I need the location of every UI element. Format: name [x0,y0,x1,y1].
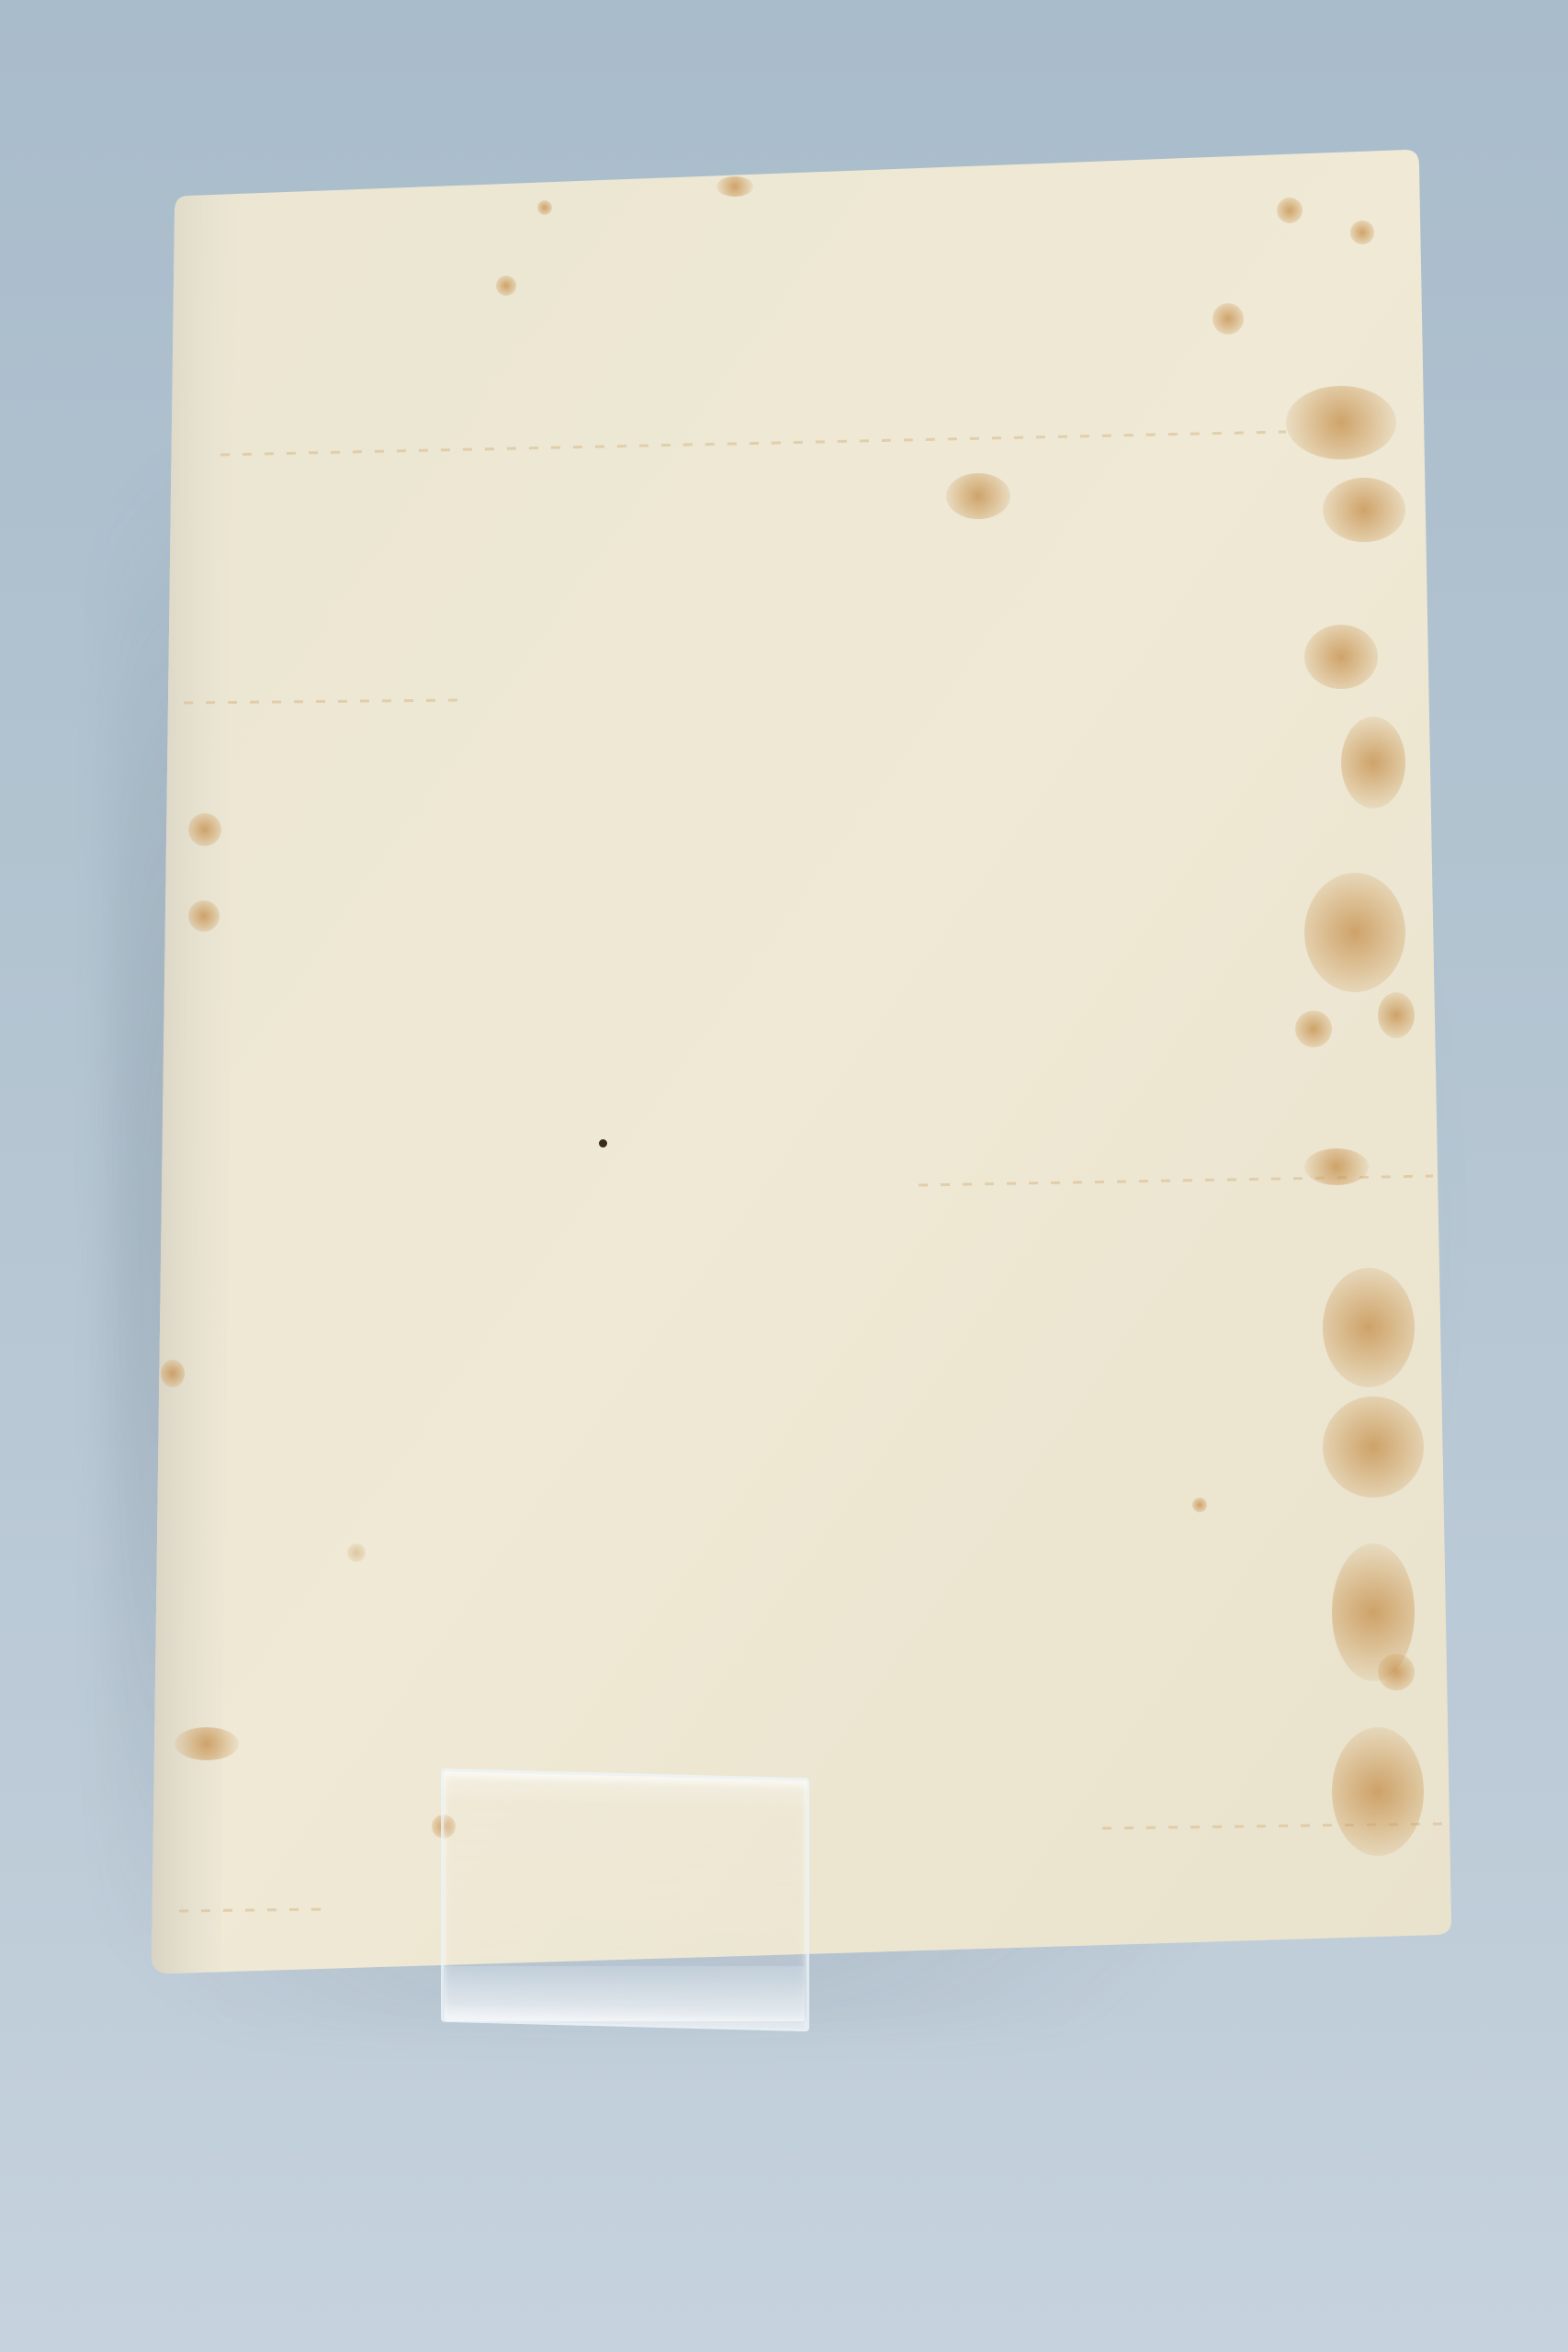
foxing-spot [1192,1498,1207,1512]
foxing-cluster [175,1727,239,1760]
foxing-cluster [1341,717,1405,808]
foxing-cluster [1332,1727,1424,1856]
foxing-spot [1277,198,1303,223]
foxing-spot [188,813,221,846]
foxing-spot [188,900,220,932]
acrylic-stand-base [445,1966,805,2021]
acrylic-stand [441,1773,808,2026]
foxing-spot [1378,992,1415,1038]
ink-speck [599,1139,607,1148]
foxing-cluster [1286,386,1396,459]
foxing-cluster [1304,873,1405,992]
foxing-spot [161,1360,185,1387]
foxing-spot [347,1543,366,1562]
foxing-spot [496,276,516,296]
foxing-spot [1295,1011,1332,1047]
foxing-spot [1350,220,1374,244]
foxing-cluster [1304,1148,1369,1185]
foxing-spot [537,200,552,215]
foxing-spot [1213,303,1244,334]
foxing-spot [1378,1654,1415,1690]
foxing-spot [946,473,1010,519]
foxing-spot [716,176,753,197]
foxing-cluster [1323,1396,1424,1498]
foxing-cluster [1304,625,1378,689]
foxing-cluster [1323,1268,1415,1387]
foxing-cluster [1323,478,1405,542]
